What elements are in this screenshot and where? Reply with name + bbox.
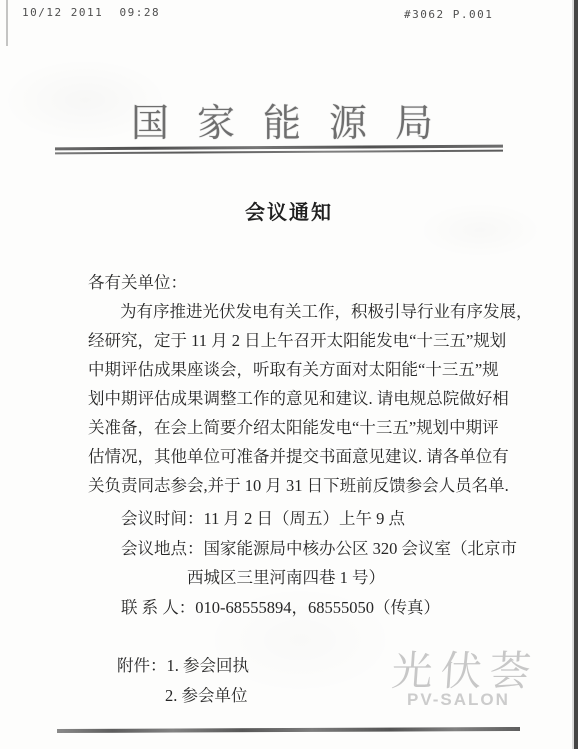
scanned-fax-document: 10/12 2011 09:28 #3062 P.001 国家能源局 会议通知 … — [0, 0, 578, 749]
letterhead-divider — [55, 145, 503, 155]
agency-letterhead-title: 国家能源局 — [0, 92, 578, 147]
salutation-line: 各有关单位： — [88, 268, 500, 297]
contact-line: 联 系 人：010-68555894，68555050（传真） — [121, 593, 511, 623]
body-line: 中期评估成果座谈会，听取有关方面对太阳能“十三五”规 — [88, 355, 500, 384]
watermark-pv-salon-chinese: 光伏荟 — [390, 638, 541, 697]
attachment-list: 附件：1. 参会回执 2. 参会单位 — [117, 651, 377, 711]
bottom-divider — [57, 727, 520, 733]
notice-title: 会议通知 — [0, 196, 578, 225]
attachment-item-1: 附件：1. 参会回执 — [117, 651, 377, 681]
meeting-location-line: 会议地点：国家能源局中核办公区 320 会议室（北京市 — [121, 534, 511, 564]
meeting-time-line: 会议时间：11 月 2 日（周五）上午 9 点 — [121, 504, 511, 534]
fax-timestamp: 10/12 2011 09:28 — [22, 6, 160, 19]
body-line: 估情况，其他单位可准备并提交书面意见建议. 请各单位有 — [88, 442, 500, 471]
fax-page-number: #3062 P.001 — [404, 8, 493, 21]
body-line: 经研究，定于 11 月 2 日上午召开太阳能发电“十三五”规划 — [88, 326, 500, 355]
body-line: 关准备，在会上简要介绍太阳能发电“十三五”规划中期评 — [88, 413, 500, 442]
body-line: 划中期评估成果调整工作的意见和建议. 请电规总院做好相 — [88, 384, 500, 413]
attachment-item-2: 2. 参会单位 — [117, 681, 377, 711]
scan-artifact-left-edge — [6, 0, 8, 46]
watermark-pv-salon-english: PV-SALON — [407, 690, 510, 710]
meeting-info: 会议时间：11 月 2 日（周五）上午 9 点 会议地点：国家能源局中核办公区 … — [121, 504, 511, 622]
letterhead-divider-bottom-line — [55, 150, 503, 155]
body-line: 关负责同志参会,并于 10 月 31 日下班前反馈参会人员名单. — [88, 471, 500, 500]
meeting-location-continuation: 西城区三里河南四巷 1 号） — [121, 563, 511, 593]
body-line: 为有序推进光伏发电有关工作，积极引导行业有序发展， — [88, 297, 500, 326]
notice-body: 各有关单位： 为有序推进光伏发电有关工作，积极引导行业有序发展， 经研究，定于 … — [88, 268, 500, 500]
